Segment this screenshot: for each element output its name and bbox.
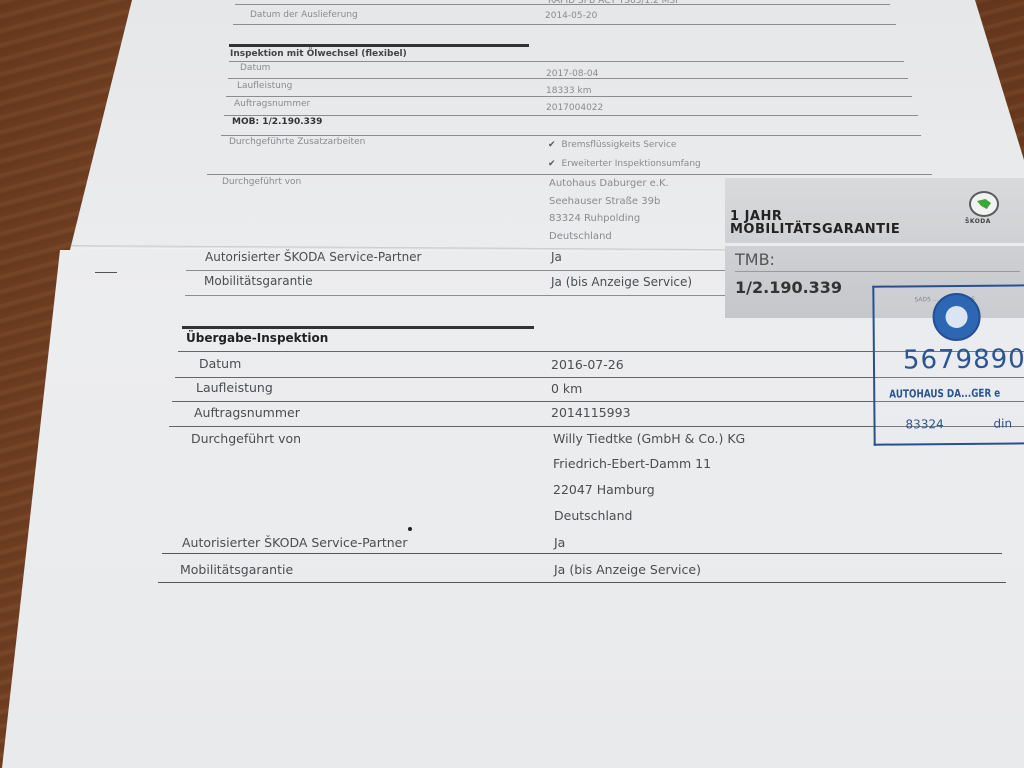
- seal-center-icon: [945, 306, 967, 328]
- stamp-city-fragment: din: [993, 416, 1012, 430]
- divider: [185, 295, 725, 296]
- handover-mileage-label: Laufleistung: [196, 380, 273, 395]
- handover-mileage-value: 0 km: [551, 381, 582, 396]
- handover-dealer-street: Friedrich-Ebert-Damm 11: [553, 456, 711, 471]
- stamp-zip: 83324: [905, 417, 943, 431]
- handover-dealer-city: 22047 Hamburg: [553, 482, 655, 497]
- lower-section: Autorisierter ŠKODA Service-Partner Ja M…: [0, 0, 1024, 768]
- divider: [162, 553, 1002, 554]
- service-booklet-page: RAPID SPB ACT TS63/1.2 MSF Datum der Aus…: [0, 0, 1024, 768]
- tmb-label: TMB:: [735, 250, 775, 269]
- dealer-stamp: SAD5 ... ab 08/2016 5679890 AUTOHAUS DA.…: [872, 284, 1024, 445]
- sticker-title: 1 JAHR MOBILITÄTSGARANTIE: [730, 210, 900, 236]
- oil-mobility-label: Mobilitätsgarantie: [204, 274, 313, 288]
- winged-arrow-icon: [977, 199, 991, 209]
- section-rule: [182, 326, 534, 329]
- handover-order-value: 2014115993: [551, 405, 631, 420]
- oil-mobility-value: Ja (bis Anzeige Service): [551, 275, 692, 289]
- handover-performed-by-label: Durchgeführt von: [191, 431, 301, 446]
- handover-date-label: Datum: [199, 356, 241, 371]
- handover-authorized-value: Ja: [554, 535, 565, 550]
- handover-order-label: Auftragsnummer: [194, 405, 300, 420]
- handover-mobility-value: Ja (bis Anzeige Service): [554, 562, 701, 577]
- brand-name: ŠKODA: [965, 218, 991, 225]
- sticker-fold-band: [725, 243, 1024, 246]
- handover-date-value: 2016-07-26: [551, 357, 624, 372]
- handover-authorized-label: Autorisierter ŠKODA Service-Partner: [182, 535, 408, 550]
- tmb-underline: [735, 271, 1020, 272]
- oil-authorized-value: Ja: [551, 250, 562, 264]
- ink-speck: [408, 527, 412, 531]
- skoda-logo-icon: [969, 191, 999, 217]
- stamp-dealer-name: AUTOHAUS DA...GER e: [889, 387, 1000, 401]
- divider: [186, 270, 726, 271]
- handover-dealer-name: Willy Tiedtke (GmbH & Co.) KG: [553, 431, 745, 446]
- stamp-number: 5679890: [903, 344, 1024, 375]
- oil-authorized-label: Autorisierter ŠKODA Service-Partner: [205, 250, 422, 264]
- tmb-value: 1/2.190.339: [735, 278, 842, 297]
- handover-dealer-country: Deutschland: [554, 508, 632, 523]
- skoda-seal-icon: [932, 293, 980, 341]
- handover-mobility-label: Mobilitätsgarantie: [180, 562, 293, 577]
- section-title-handover-inspection: Übergabe-Inspektion: [186, 331, 328, 345]
- divider: [158, 582, 1006, 583]
